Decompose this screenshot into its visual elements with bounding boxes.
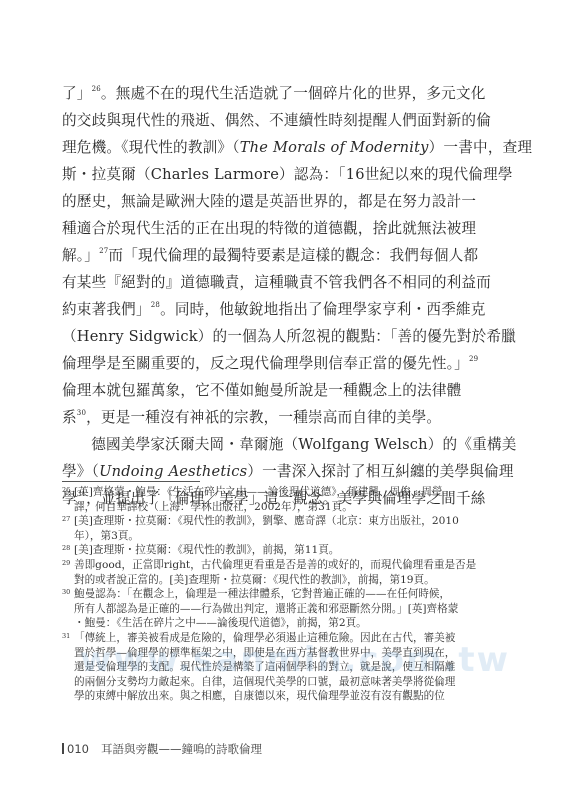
footnote-number: 26	[62, 485, 70, 495]
footnote-line: 的兩個分支勢均力敵起來。自律，這個現代美學的口號，最初意味著美學將從倫理	[74, 675, 502, 690]
text-segment: ）一書中，查理	[429, 139, 533, 156]
footnote-28: 28 [美]查理斯・拉莫爾：《現代性的教訓》，前揭，第11頁。	[62, 543, 502, 558]
footnote-30: 30 鮑曼認為：「在觀念上，倫理是一種法律體系，它對普遍正確的——在任何時候， …	[62, 587, 502, 631]
text-line: 系30，更是一種沒有神祇的宗教，一種崇高而自律的美學。	[62, 404, 502, 431]
footnote-27: 27 [美]查理斯・拉莫爾：《現代性的教訓》，劉擎、應奇譯（北京：東方出版社，2…	[62, 514, 502, 543]
footnote-line: [美]查理斯・拉莫爾：《現代性的教訓》，前揭，第11頁。	[74, 543, 502, 558]
text-line: 德國美學家沃爾夫岡・韋爾施（Wolfgang Welsch）的《重構美	[62, 431, 502, 458]
text-segment: 學》（	[62, 463, 99, 480]
footnote-ref[interactable]: 27	[99, 247, 108, 255]
footnote-line: ・鮑曼：《生活在碎片之中——論後現代道德》，前揭，第2頁。	[74, 616, 502, 631]
footnote-line: 年），第3頁。	[74, 529, 502, 544]
body-text: 了」26。無處不在的現代生活造就了一個碎片化的世界，多元文化 的交歧與現代性的飛…	[62, 80, 502, 512]
text-segment: 。同時，他敏銳地指出了倫理學家亨利・西季維克	[160, 301, 485, 318]
footnote-26: 26 [英]齊格蒙・鮑曼：《生活在碎片之中——論後現代道德》，郁建興、周俊、周瑩…	[62, 485, 502, 514]
page-footer: 010耳語與旁觀——鐘鳴的詩歌倫理	[62, 741, 262, 757]
text-line: 的交歧與現代性的飛逝、偶然、不連續性時刻提醒人們面對新的倫	[62, 107, 502, 134]
footer-bar-icon	[62, 743, 64, 754]
text-segment: 倫理學是至關重要的，反之現代倫理學則信奉正當的優先性。」	[62, 355, 469, 372]
footnote-line: 所有人都認為是正確的——行為做出判定，還將正義和邪惡斷然分開。」[英]齊格蒙	[74, 602, 502, 617]
text-segment: 而「現代倫理的最獨特要素是這樣的觀念：我們每個人都	[108, 247, 478, 264]
footnote-31: 31 「傳統上，審美被看成是危險的，倫理學必須遏止這種危險。因此在古代，審美被 …	[62, 631, 502, 704]
book-title-italic: The Morals of Modernity	[240, 139, 429, 156]
footnote-line: 善即good，正當即right，古代倫理更看重是否是善的或好的，而現代倫理看重是…	[74, 558, 502, 573]
text-line: 種適合於現代生活的正在出現的特徵的道德觀，捨此就無法被理	[62, 215, 502, 242]
text-segment: 理危機。《現代性的教訓》（	[62, 139, 240, 156]
footnote-ref[interactable]: 26	[92, 85, 101, 93]
footnote-line: 還是受倫理學的支配。現代性於是構築了這兩個學科的對立，就是說，使互相隔離	[74, 660, 502, 675]
text-segment: 。無處不在的現代生活造就了一個碎片化的世界，多元文化	[101, 85, 486, 102]
footnote-ref[interactable]: 28	[151, 301, 160, 309]
footnote-29: 29 善即good，正當即right，古代倫理更看重是否是善的或好的，而現代倫理…	[62, 558, 502, 587]
footnote-number: 31	[62, 631, 70, 641]
text-line: 斯・拉莫爾（Charles Larmore）認為：「16世紀以來的現代倫理學	[62, 161, 502, 188]
text-segment: ，更是一種沒有神祇的宗教，一種崇高而自律的美學。	[86, 409, 441, 426]
text-line: 的歷史，無論是歐洲大陸的還是英語世界的，都是在努力設計一	[62, 188, 502, 215]
text-line: 倫理學是至關重要的，反之現代倫理學則信奉正當的優先性。」29	[62, 350, 502, 377]
text-segment: 了」	[62, 85, 92, 102]
footnote-line: [美]查理斯・拉莫爾：《現代性的教訓》，劉擎、應奇譯（北京：東方出版社，2010	[74, 514, 502, 529]
footnote-line: 置於哲學—倫理學的標準框架之中，即使是在西方基督教世界中，美學直到現在，	[74, 646, 502, 661]
text-line: 約束著我們」28。同時，他敏銳地指出了倫理學家亨利・西季維克	[62, 296, 502, 323]
footnotes: 26 [英]齊格蒙・鮑曼：《生活在碎片之中——論後現代道德》，郁建興、周俊、周瑩…	[62, 485, 502, 704]
text-segment: 系	[62, 409, 77, 426]
running-title: 耳語與旁觀——鐘鳴的詩歌倫理	[101, 742, 262, 756]
footnote-number: 28	[62, 543, 70, 553]
book-title-italic: Undoing Aesthetics	[99, 463, 247, 480]
text-segment: ）一書深入探討了相互糾纏的美學與倫理	[247, 463, 513, 480]
book-page: 了」26。無處不在的現代生活造就了一個碎片化的世界，多元文化 的交歧與現代性的飛…	[0, 0, 564, 800]
text-line: 有某些『絕對的』道德職責，這種職責不管我們各不相同的利益而	[62, 269, 502, 296]
footnote-line: 「傳統上，審美被看成是危險的，倫理學必須遏止這種危險。因此在古代，審美被	[74, 631, 502, 646]
text-segment: 解。」	[62, 247, 99, 264]
text-segment: 約束著我們」	[62, 301, 151, 318]
footnote-number: 29	[62, 558, 70, 568]
text-line: 了」26。無處不在的現代生活造就了一個碎片化的世界，多元文化	[62, 80, 502, 107]
footnote-line: 鮑曼認為：「在觀念上，倫理是一種法律體系，它對普遍正確的——在任何時候，	[74, 587, 502, 602]
footnote-separator	[62, 481, 200, 482]
footnote-number: 27	[62, 514, 70, 524]
text-line: 倫理本就包羅萬象，它不僅如鮑曼所說是一種觀念上的法律體	[62, 377, 502, 404]
page-number: 010	[67, 742, 89, 756]
text-line: 理危機。《現代性的教訓》（The Morals of Modernity）一書中…	[62, 134, 502, 161]
footnote-line: 學的束縛中解放出來。與之相應，自康德以來，現代倫理學並沒有沒有觀點的位	[74, 689, 502, 704]
footnote-line: 譯，何百華譯校（上海：學林出版社，2002年），第31頁。	[74, 500, 502, 515]
paragraph-1: 了」26。無處不在的現代生活造就了一個碎片化的世界，多元文化 的交歧與現代性的飛…	[62, 80, 502, 431]
footnote-line: 對的或者說正當的。[美]查理斯・拉莫爾：《現代性的教訓》，前揭，第19頁。	[74, 573, 502, 588]
footnote-number: 30	[62, 587, 70, 597]
text-line: （Henry Sidgwick）的一個為人所忽視的觀點：「善的優先對於希臘	[62, 323, 502, 350]
footnote-line: [英]齊格蒙・鮑曼：《生活在碎片之中——論後現代道德》，郁建興、周俊、周瑩	[74, 485, 502, 500]
text-line: 解。」27而「現代倫理的最獨特要素是這樣的觀念：我們每個人都	[62, 242, 502, 269]
footnote-ref[interactable]: 30	[77, 409, 86, 417]
footnote-ref[interactable]: 29	[469, 355, 478, 363]
